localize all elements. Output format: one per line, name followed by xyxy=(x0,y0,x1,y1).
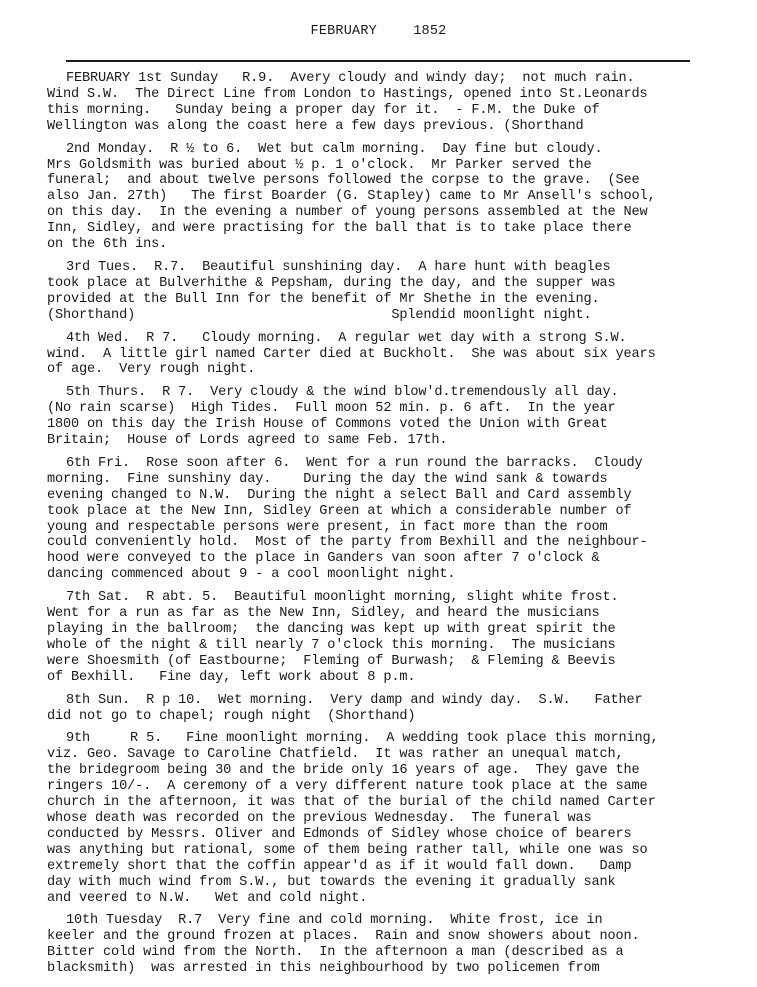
entry-heading-line: 9th R 5. Fine moonlight morning. A weddi… xyxy=(47,731,727,747)
header-month: FEBRUARY xyxy=(311,24,377,39)
entry-text-line: evening changed to N.W. During the night… xyxy=(47,488,727,504)
page-header: FEBRUARY 1852 xyxy=(0,24,757,39)
entry-text-line: playing in the ballroom; the dancing was… xyxy=(47,622,727,638)
diary-entry: 10th Tuesday R.7 Very fine and cold morn… xyxy=(47,913,727,977)
entry-text-line: whole of the night & till nearly 7 o'clo… xyxy=(47,638,727,654)
entry-text-line: keeler and the ground frozen at places. … xyxy=(47,929,727,945)
entry-heading-line: 5th Thurs. R 7. Very cloudy & the wind b… xyxy=(47,385,727,401)
diary-entry: 9th R 5. Fine moonlight morning. A weddi… xyxy=(47,731,727,906)
entry-text-line: ringers 10/-. A ceremony of a very diffe… xyxy=(47,779,727,795)
entry-text-line: Wind S.W. The Direct Line from London to… xyxy=(47,87,727,103)
entry-text-line: whose death was recorded on the previous… xyxy=(47,811,727,827)
entry-text-line: blacksmith) was arrested in this neighbo… xyxy=(47,961,727,977)
diary-entry: 3rd Tues. R.7. Beautiful sunshining day.… xyxy=(47,260,727,324)
entry-text-line: did not go to chapel; rough night (Short… xyxy=(47,709,727,725)
entry-text-line: on this day. In the evening a number of … xyxy=(47,205,727,221)
entry-heading-line: 4th Wed. R 7. Cloudy morning. A regular … xyxy=(47,331,727,347)
entry-heading-line: 3rd Tues. R.7. Beautiful sunshining day.… xyxy=(47,260,727,276)
diary-entry: 7th Sat. R abt. 5. Beautiful moonlight m… xyxy=(47,590,727,685)
document-page: FEBRUARY 1852 FEBRUARY 1st Sunday R.9. A… xyxy=(0,0,757,987)
entry-heading-line: 6th Fri. Rose soon after 6. Went for a r… xyxy=(47,456,727,472)
entry-text-line: hood were conveyed to the place in Gande… xyxy=(47,551,727,567)
entry-text-line: Wellington was along the coast here a fe… xyxy=(47,119,727,135)
entry-text-line: viz. Geo. Savage to Caroline Chatfield. … xyxy=(47,747,727,763)
entry-text-line: conducted by Messrs. Oliver and Edmonds … xyxy=(47,827,727,843)
header-rule xyxy=(66,60,690,62)
entry-heading-line: FEBRUARY 1st Sunday R.9. Avery cloudy an… xyxy=(47,71,727,87)
diary-entry: 4th Wed. R 7. Cloudy morning. A regular … xyxy=(47,331,727,379)
diary-entry: FEBRUARY 1st Sunday R.9. Avery cloudy an… xyxy=(47,71,727,135)
entry-text-line: were Shoesmith (of Eastbourne; Fleming o… xyxy=(47,654,727,670)
entry-text-line: the bridegroom being 30 and the bride on… xyxy=(47,763,727,779)
entry-text-line: of age. Very rough night. xyxy=(47,362,727,378)
entry-heading-line: 10th Tuesday R.7 Very fine and cold morn… xyxy=(47,913,727,929)
entry-text-line: and veered to N.W. Wet and cold night. xyxy=(47,891,727,907)
entry-text-line: young and respectable persons were prese… xyxy=(47,520,727,536)
diary-entry: 6th Fri. Rose soon after 6. Went for a r… xyxy=(47,456,727,583)
diary-entry: 8th Sun. R p 10. Wet morning. Very damp … xyxy=(47,693,727,725)
entry-text-line: provided at the Bull Inn for the benefit… xyxy=(47,292,727,308)
entry-text-line: on the 6th ins. xyxy=(47,237,727,253)
entry-text-line: also Jan. 27th) The first Boarder (G. St… xyxy=(47,189,727,205)
entry-text-line: (Shorthand) Splendid moonlight night. xyxy=(47,308,727,324)
entry-text-line: took place at the New Inn, Sidley Green … xyxy=(47,504,727,520)
entry-text-line: of Bexhill. Fine day, left work about 8 … xyxy=(47,670,727,686)
entry-text-line: could conveniently hold. Most of the par… xyxy=(47,535,727,551)
entry-heading-line: 8th Sun. R p 10. Wet morning. Very damp … xyxy=(47,693,727,709)
scan-speck: . . xyxy=(250,962,264,971)
entry-text-line: church in the afternoon, it was that of … xyxy=(47,795,727,811)
header-year: 1852 xyxy=(413,24,446,39)
diary-body: FEBRUARY 1st Sunday R.9. Avery cloudy an… xyxy=(47,71,727,984)
entry-heading-line: 7th Sat. R abt. 5. Beautiful moonlight m… xyxy=(47,590,727,606)
entry-text-line: morning. Fine sunshiny day. During the d… xyxy=(47,472,727,488)
entry-text-line: day with much wind from S.W., but toward… xyxy=(47,875,727,891)
entry-text-line: wind. A little girl named Carter died at… xyxy=(47,347,727,363)
entry-heading-line: 2nd Monday. R ½ to 6. Wet but calm morni… xyxy=(47,142,727,158)
entry-text-line: Inn, Sidley, and were practising for the… xyxy=(47,221,727,237)
entry-text-line: Went for a run as far as the New Inn, Si… xyxy=(47,606,727,622)
entry-text-line: dancing commenced about 9 - a cool moonl… xyxy=(47,567,727,583)
entry-text-line: 1800 on this day the Irish House of Comm… xyxy=(47,417,727,433)
diary-entry: 5th Thurs. R 7. Very cloudy & the wind b… xyxy=(47,385,727,449)
entry-text-line: funeral; and about twelve persons follow… xyxy=(47,173,727,189)
diary-entry: 2nd Monday. R ½ to 6. Wet but calm morni… xyxy=(47,142,727,253)
scan-speck: .:.: xyxy=(360,962,379,971)
entry-text-line: Bitter cold wind from the North. In the … xyxy=(47,945,727,961)
entry-text-line: this morning. Sunday being a proper day … xyxy=(47,103,727,119)
entry-text-line: took place at Bulverhithe & Pepsham, dur… xyxy=(47,276,727,292)
entry-text-line: (No rain scarse) High Tides. Full moon 5… xyxy=(47,401,727,417)
entry-text-line: Mrs Goldsmith was buried about ½ p. 1 o'… xyxy=(47,158,727,174)
entry-text-line: Britain; House of Lords agreed to same F… xyxy=(47,433,727,449)
entry-text-line: was anything but rational, some of them … xyxy=(47,843,727,859)
entry-text-line: extremely short that the coffin appear'd… xyxy=(47,859,727,875)
